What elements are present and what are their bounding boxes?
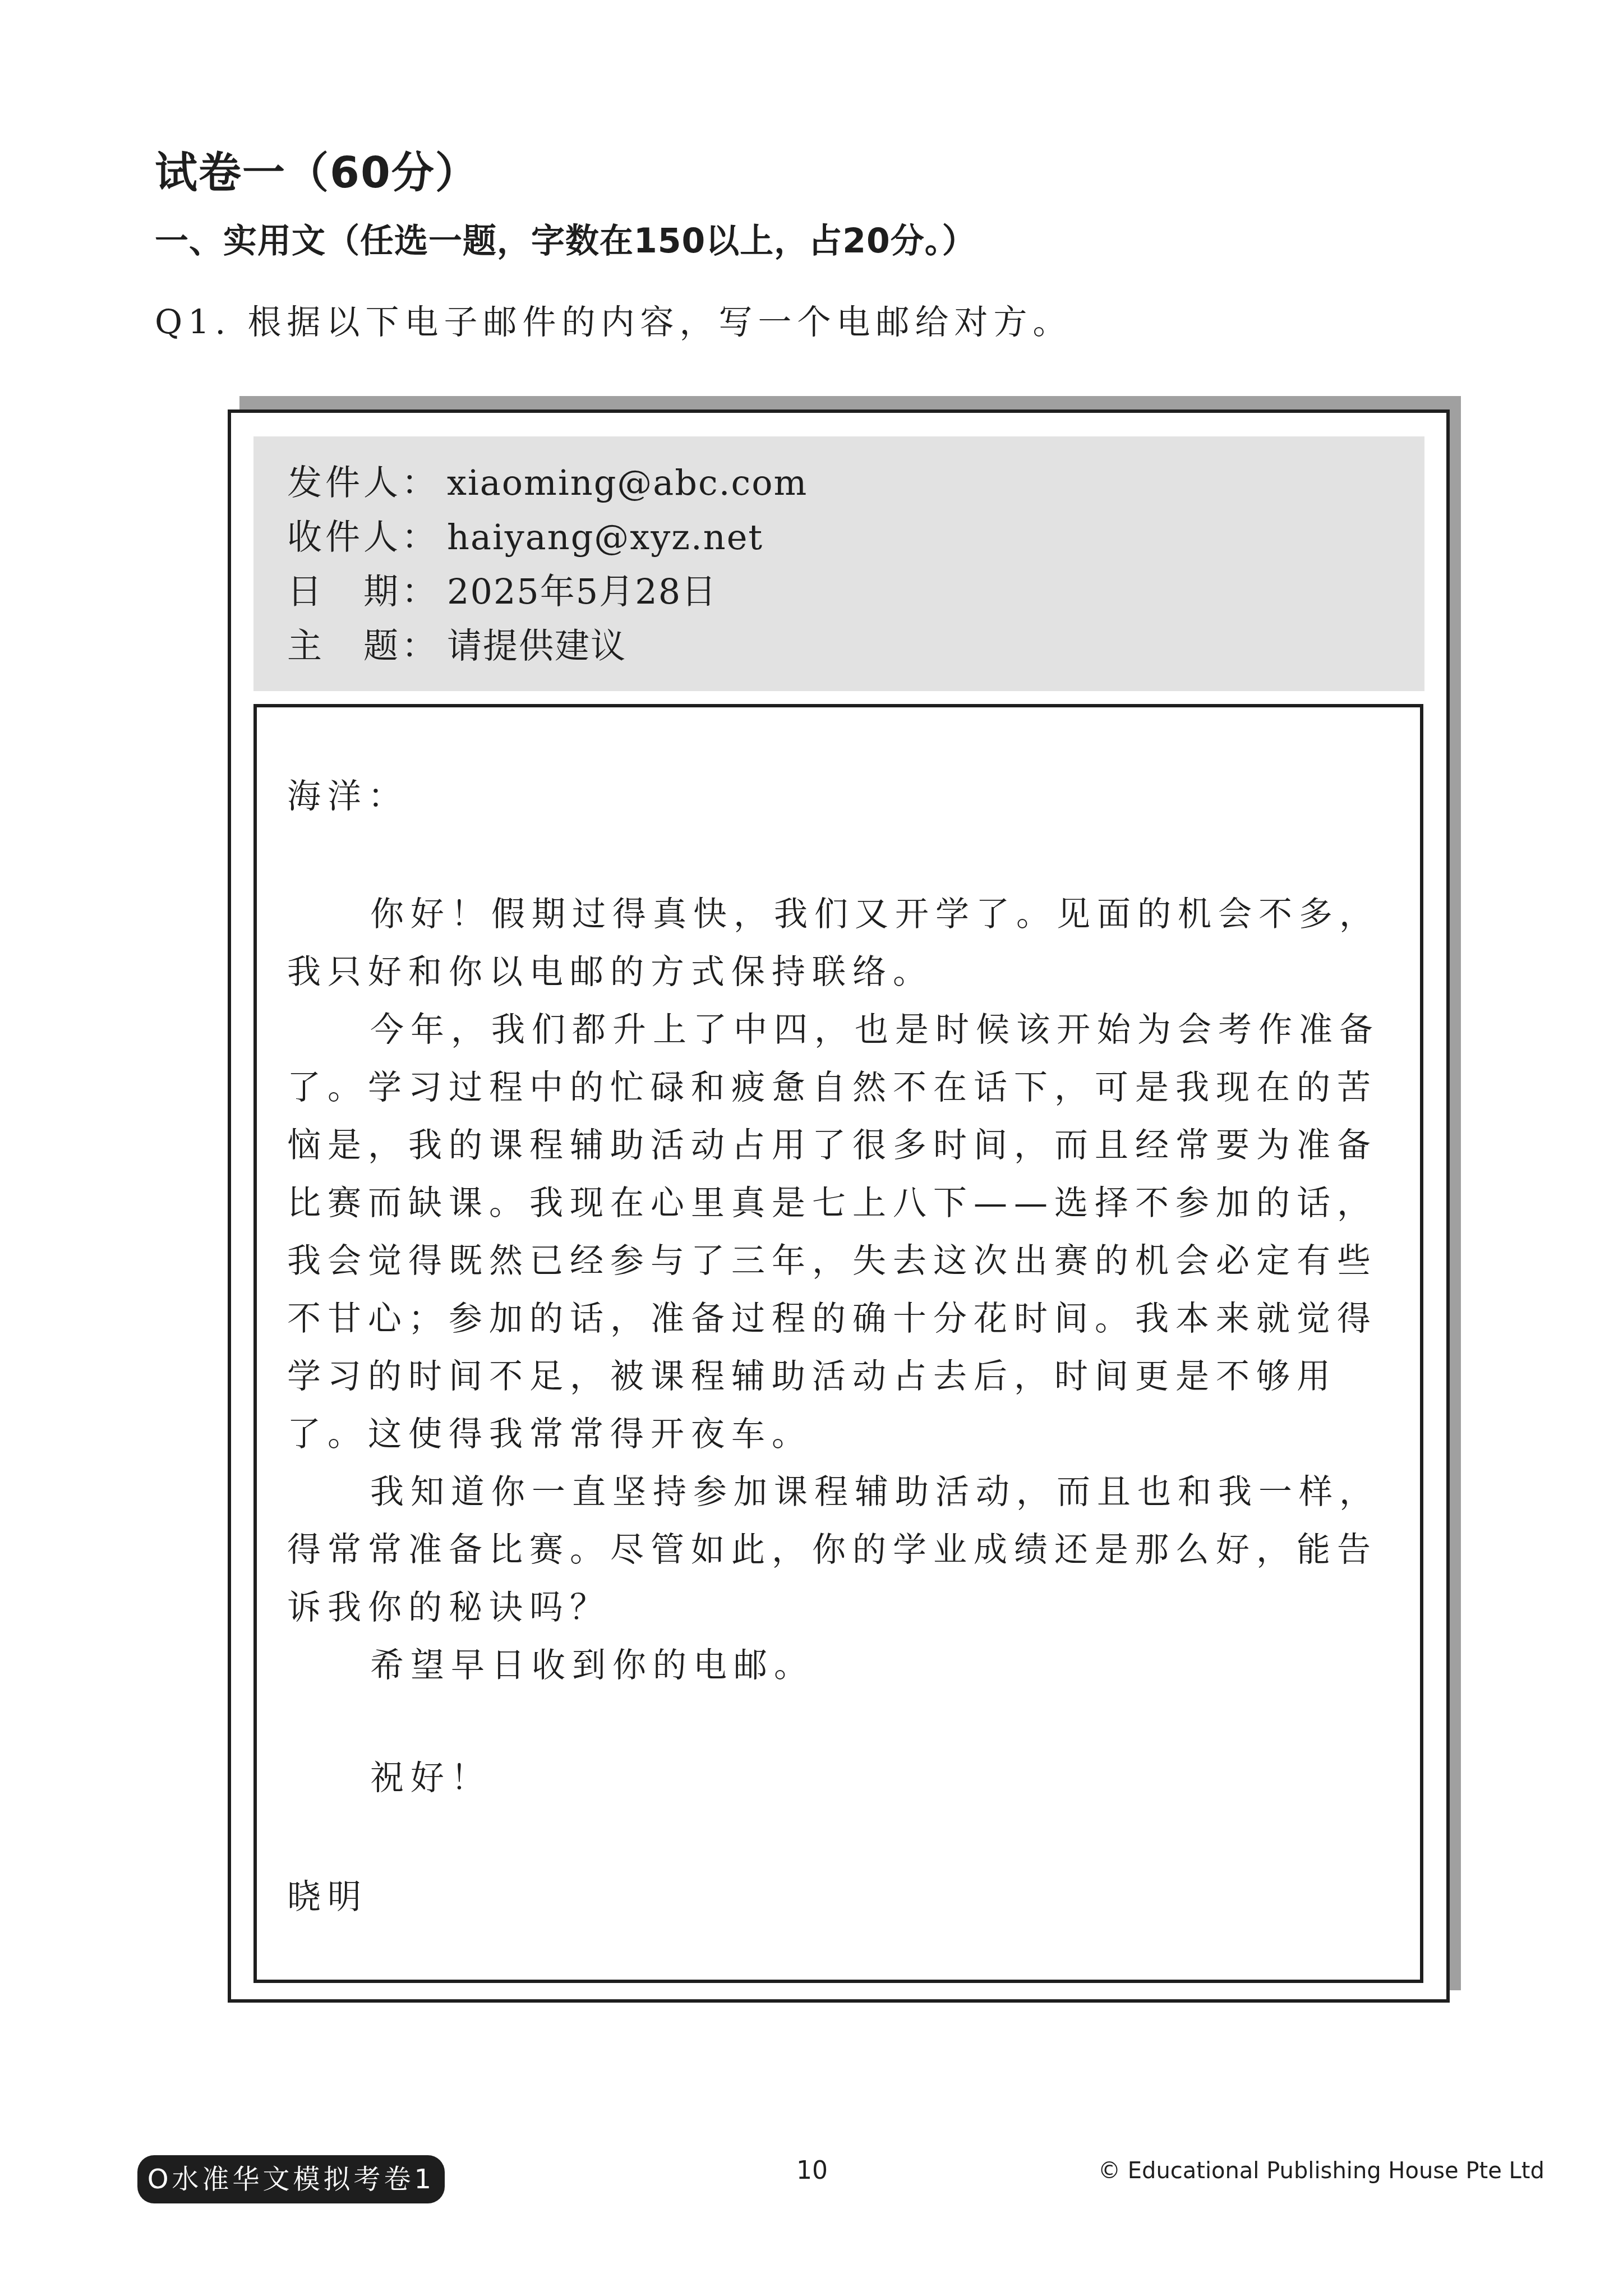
subject-label: 主 题： — [287, 619, 447, 673]
body-line: 得常常准备比赛。尽管如此，你的学业成绩还是那么好，能告 — [287, 1522, 1377, 1578]
body-line: 你好！假期过得真快，我们又开学了。见面的机会不多， — [287, 886, 1380, 942]
subject-row: 主 题：请提供建议 — [287, 619, 626, 673]
subject-value: 请提供建议 — [447, 619, 626, 673]
signature: 晓明 — [287, 1869, 368, 1925]
to-row: 收件人：haiyang@xyz.net — [287, 510, 763, 564]
body-line: 希望早日收到你的电邮。 — [287, 1637, 814, 1694]
body-line: 了。这使得我常常得开夜车。 — [287, 1406, 812, 1462]
salutation: 海洋： — [287, 769, 408, 825]
date-label: 日 期： — [287, 564, 447, 619]
question-prompt: Q1. 根据以下电子邮件的内容，写一个电邮给对方。 — [155, 297, 1072, 348]
from-label: 发件人： — [287, 455, 447, 510]
body-line: 恼是，我的课程辅助活动占用了很多时间，而且经常要为准备 — [287, 1117, 1377, 1174]
series-badge: O水准华文模拟考卷1 — [137, 2155, 445, 2203]
body-line: 我会觉得既然已经参与了三年，失去这次出赛的机会必定有些 — [287, 1233, 1377, 1289]
body-line: 了。学习过程中的忙碌和疲惫自然不在话下，可是我现在的苦 — [287, 1060, 1377, 1116]
section-heading: 一、实用文（任选一题，字数在150以上，占20分。） — [155, 219, 976, 264]
from-row: 发件人：xiaoming@abc.com — [287, 455, 808, 510]
date-row: 日 期：2025年5月28日 — [287, 564, 717, 619]
closing: 祝好！ — [287, 1750, 491, 1806]
body-line: 学习的时间不足，被课程辅助活动占去后，时间更是不够用 — [287, 1349, 1337, 1405]
date-value: 2025年5月28日 — [447, 564, 717, 619]
to-value: haiyang@xyz.net — [447, 510, 763, 564]
body-line: 我只好和你以电邮的方式保持联络。 — [287, 944, 933, 1000]
from-value: xiaoming@abc.com — [447, 455, 808, 510]
body-line: 我知道你一直坚持参加课程辅助活动，而且也和我一样， — [287, 1464, 1380, 1520]
page-number: 10 — [796, 2157, 828, 2185]
body-line: 今年，我们都升上了中四，也是时候该开始为会考作准备 — [287, 1002, 1380, 1058]
body-line: 比赛而缺课。我现在心里真是七上八下——选择不参加的话， — [287, 1175, 1377, 1231]
body-line: 诉我你的秘诀吗？ — [287, 1580, 610, 1636]
body-line: 不甘心；参加的话，准备过程的确十分花时间。我本来就觉得 — [287, 1291, 1377, 1347]
paper-title: 试卷一（60分） — [155, 145, 479, 201]
copyright-notice: © Educational Publishing House Pte Ltd — [1098, 2157, 1544, 2185]
to-label: 收件人： — [287, 510, 447, 564]
